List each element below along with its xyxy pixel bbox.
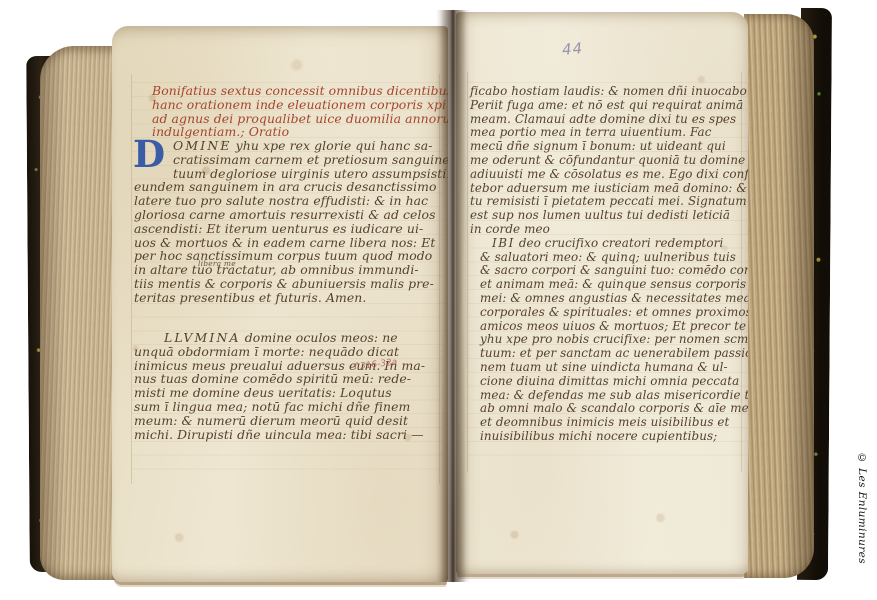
manuscript-line: tiis mentis & corporis & abuniuersis mal… — [134, 277, 442, 291]
manuscript-line: gloriosa carne amortuis resurrexisti & a… — [134, 208, 442, 222]
manuscript-line: meum: & numerū dierum meorū quid desit — [134, 414, 444, 428]
prayer-tibi: IBI deo crucifixo creatori redemptori & … — [480, 237, 748, 444]
margin-rule — [131, 74, 132, 484]
manuscript-line: est sup nos lumen uultus tui dedisti let… — [470, 209, 748, 223]
rubric-line: Bonifatius sextus concessit omnibus dice… — [152, 84, 442, 98]
manuscript-line: amicos meos uiuos & mortuos; Et precor t… — [480, 320, 748, 334]
manuscript-line: in corde meo — [470, 223, 748, 237]
manuscript-line: inuisibilibus michi nocere cupientibus; — [480, 430, 748, 444]
prayer-domine-lines: cratissimam carnem et pretiosum sanguine… — [134, 153, 442, 305]
manuscript-line: ficabo hostiam laudis: & nomen dñi inuoc… — [470, 85, 748, 99]
manuscript-line: in altare tuo tractatur, ab omnibus immu… — [134, 263, 442, 277]
manuscript-line: michi. Dirupisti dñe uincula mea: tibi s… — [134, 428, 444, 442]
manuscript-line: corporales & spirituales: et omnes proxi… — [480, 306, 748, 320]
left-page: Bonifatius sextus concessit omnibus dice… — [112, 26, 448, 582]
manuscript-line: ab omni malo & scandalo corporis & aīe m… — [480, 402, 748, 416]
lead-word: LLVMINA — [164, 330, 241, 345]
lead-word: IBI — [492, 236, 515, 250]
right-page: 44 ficabo hostiam laudis: & nomen dñi in… — [456, 12, 748, 574]
prayer-domine: D OMINE yhu xpe rex glorie qui hanc sa- … — [134, 139, 442, 305]
lead-word: OMINE — [173, 138, 232, 153]
manuscript-line: eundem sanguinem in ara crucis desanctis… — [134, 180, 442, 194]
manuscript-line: sum ī lingua mea; notū fac michi dñe fin… — [134, 400, 444, 414]
rubric-line: ad agnus dei proqualibet uice duomilia a… — [152, 112, 442, 126]
lead-rest: deo crucifixo creatori redemptori — [515, 236, 723, 250]
manuscript-line: me oderunt & cōfundantur quoniā tu domin… — [470, 154, 748, 168]
manuscript-photo: Bonifatius sextus concessit omnibus dice… — [0, 0, 877, 600]
manuscript-line: adiuuisti me & cōsolatus es me. Ego dixi… — [470, 168, 748, 182]
manuscript-line: LLVMINA domine oculos meos: ne — [164, 331, 444, 345]
rubric-line: hanc orationem inde eleuationem corporis… — [152, 98, 442, 112]
manuscript-line: teritas presentibus et futuris. Amen. — [134, 291, 442, 305]
rubric: Bonifatius sextus concessit omnibus dice… — [152, 84, 442, 139]
manuscript-line: cione diuina dimittas michi omnia peccat… — [480, 375, 748, 389]
manuscript-line: et deomnibus inimicis meis uisibilibus e… — [480, 416, 748, 430]
lead-rest: yhu xpe rex glorie qui hanc sa- — [232, 138, 433, 153]
prayer-tibi-lines: & saluatori meo: & quinq; uulneribus tui… — [480, 251, 748, 444]
manuscript-line: tu remisisti ī pietatem peccati mei. Sig… — [470, 195, 748, 209]
manuscript-line: mea: & defendas me sub alas misericordie… — [480, 389, 748, 403]
manuscript-line: tuum: et per sanctam ac uenerabilem pass… — [480, 347, 748, 361]
manuscript-line: ascendisti: Et iterum uenturus es iudica… — [134, 222, 442, 236]
manuscript-line: nus tuas domine comēdo spiritū meū: rede… — [134, 372, 444, 386]
manuscript-line: mecū dñe signum ī bonum: ut uideant qui — [470, 140, 748, 154]
manuscript-line: per hoc sanctissimum corpus tuum quod mo… — [134, 249, 442, 263]
manuscript-line: tebor aduersum me iusticiam meā domino: … — [470, 182, 748, 196]
prayer-illumina: LLVMINA domine oculos meos: ne unquā obd… — [134, 331, 444, 441]
prayer-continuation: ficabo hostiam laudis: & nomen dñi inuoc… — [470, 85, 748, 237]
manuscript-line: nem tuam ut sine uindicta humana & ul- — [480, 361, 748, 375]
manuscript-line: Periit fuga ame: et nō est qui requirat … — [470, 99, 748, 113]
manuscript-line: & sacro corpori & sanguini tuo: comēdo c… — [480, 264, 748, 278]
prayer-illumina-lines: unquā obdormiam ī morte: nequādo dicatin… — [134, 345, 444, 442]
manuscript-line: et animam meā: & quinque sensus corporis — [480, 278, 748, 292]
manuscript-line: uos & mortuos & in eadem carne libera no… — [134, 236, 442, 250]
photo-credit: © Les Enluminures — [850, 452, 868, 600]
manuscript-line: misti me domine deus ueritatis: Loqutus — [134, 386, 444, 400]
manuscript-line: unquā obdormiam ī morte: nequādo dicat — [134, 345, 444, 359]
interlinear-gloss: libera me — [198, 259, 236, 268]
manuscript-line: yhu xpe pro nobis crucifixe: per nomen s… — [480, 333, 748, 347]
manuscript-line: tuum degloriose uirginis utero assumpsis… — [134, 167, 442, 181]
manuscript-line: IBI deo crucifixo creatori redemptori — [492, 237, 748, 251]
manuscript-line: mei: & omnes angustias & necessitates me… — [480, 292, 748, 306]
lead-rest: domine oculos meos: ne — [241, 330, 398, 345]
margin-rule — [467, 72, 468, 472]
manuscript-line: latere tuo pro salute nostra effudisti: … — [134, 194, 442, 208]
manuscript-line: meam. Clamaui adte domine dixi tu es spe… — [470, 113, 748, 127]
manuscript-line: mea portio mea in terra uiuentium. Fac — [470, 126, 748, 140]
manuscript-line: OMINE yhu xpe rex glorie qui hanc sa- — [134, 139, 442, 153]
right-page-edges — [744, 14, 814, 578]
manuscript-line: & saluatori meo: & quinq; uulneribus tui… — [480, 251, 748, 265]
illuminated-initial-d: D — [132, 140, 166, 167]
manuscript-line: cratissimam carnem et pretiosum sanguine — [134, 153, 442, 167]
folio-number: 44 — [561, 39, 584, 59]
